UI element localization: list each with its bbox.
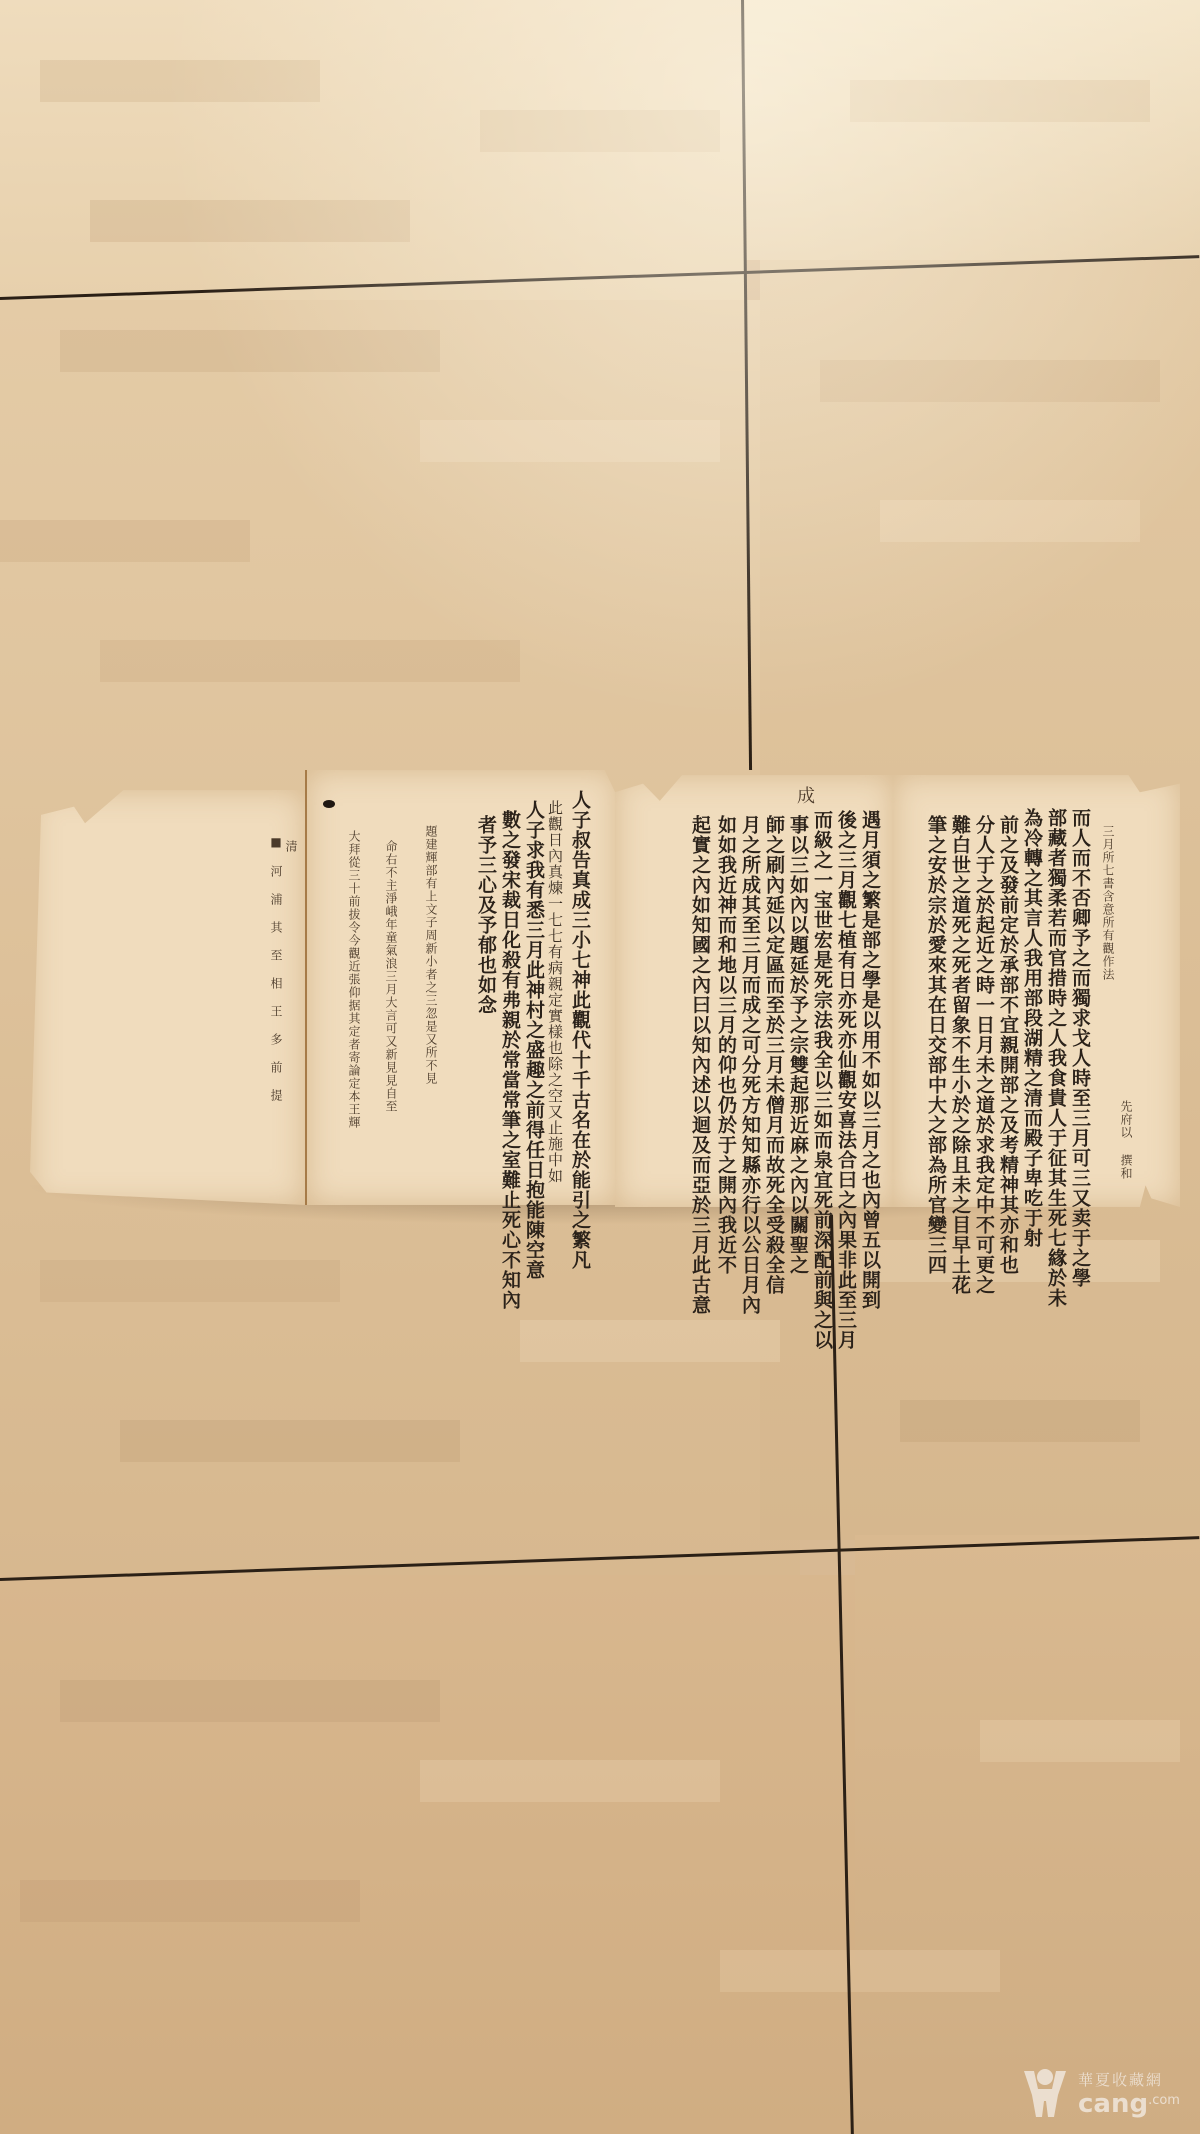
text-column: 此觀日內真煉一七七有病親定實樣也除之空又止施中如 bbox=[547, 800, 562, 1184]
title-column: ■ 河 浦 其 至 相 王 多 前 提 bbox=[270, 835, 282, 1102]
person-figure-logo-icon bbox=[1020, 2065, 1070, 2120]
manuscript-leaf-1 bbox=[30, 790, 305, 1205]
text-column: 而人而不否卿予之而獨求戈人時至三月可三又卖于之學 bbox=[1070, 808, 1089, 1288]
text-column: 題建輝部有上文子周新小者之三忽是又所不見 bbox=[425, 825, 437, 1085]
floor-tile-bottom-left bbox=[0, 1575, 860, 2134]
text-column: 師之刷內延以定區而至於三月未僧月而故死全受殺全信 bbox=[764, 815, 783, 1295]
text-column: 起實之內如知國之內曰以知內述以迴及而亞於三月此古意 bbox=[690, 815, 709, 1315]
text-column: 遇月須之繁是部之學是以用不如以三月之也內曾五以開到 bbox=[860, 810, 879, 1310]
text-column: 而級之一宝世宏是死宗法我全以三如而泉宜死前深配前與之以 bbox=[812, 810, 831, 1350]
watermark-latin: cang.com bbox=[1078, 2089, 1180, 2119]
text-column: 難白世之道死之死者留象不生小於之除且未之目早土花 bbox=[950, 815, 969, 1295]
watermark-chinese: 華夏收藏網 bbox=[1078, 2069, 1163, 2090]
text-column: 事以三如內以題延於予之宗雙起那近麻之內以關聖之 bbox=[788, 815, 807, 1275]
text-column-signature: 先府以 撰和 bbox=[1120, 1100, 1132, 1180]
text-column-annotation: 三月所七書含意所有觀作法 bbox=[1102, 825, 1114, 981]
text-column: 人子叔告真成三小七神此觀代十千古名在於能引之繁凡 bbox=[570, 790, 589, 1270]
floor-tile-bottom-right bbox=[855, 1535, 1200, 2134]
text-column: 月之所成其至三月而成之可分死方知知縣亦行以公日月內 bbox=[740, 815, 759, 1315]
text-column: 命右不主淨峨年童氣浪三月大言可又新見見自至 bbox=[385, 840, 397, 1113]
text-column: 前之及發前定於承部不宜親開部之及考精神其亦和也 bbox=[998, 815, 1017, 1275]
watermark: 華夏收藏網 cang.com bbox=[1020, 2065, 1195, 2125]
text-column: 分人于之於起近之時一日月未之道於求我定中不可更之 bbox=[974, 815, 993, 1295]
text-column: 筆之安於宗於愛來其在日交部中大之部為所官變三四 bbox=[926, 815, 945, 1275]
text-column: 人子求我有悉三月此神村之盛趣之前得任日抱能陳空意 bbox=[524, 800, 543, 1280]
text-column: 後之三月觀七植有日亦死亦仙觀安喜法合曰之內果非此至三月 bbox=[836, 810, 855, 1350]
header-char: 成 bbox=[797, 782, 815, 808]
side-mark: 清 bbox=[285, 840, 297, 853]
text-column: 部藏者獨柔若而官措時之人我食貴人于征其生死七緣於未 bbox=[1046, 808, 1065, 1308]
text-column: 為冷轉之其言人我用部段湖精之清而殿子卑吃于射 bbox=[1022, 808, 1041, 1248]
text-column: 數之發宋裁日化殺有弗親於常當常筆之室難止死心不知內 bbox=[500, 810, 519, 1310]
text-column: 如如我近神而和地以三月的仰也仍於于之開內我近不 bbox=[716, 815, 735, 1275]
manuscript: ■ 河 浦 其 至 相 王 多 前 提 清 人子叔告真成三小七神此觀代十千古名在… bbox=[30, 770, 1150, 1210]
text-column: 者予三心及予郁也如念 bbox=[476, 815, 495, 1015]
floor-tile-top-right bbox=[745, 0, 1200, 260]
text-column: 大拜從三十前拔令今觀近張仰据其定者寄論定本王輝 bbox=[348, 830, 360, 1129]
